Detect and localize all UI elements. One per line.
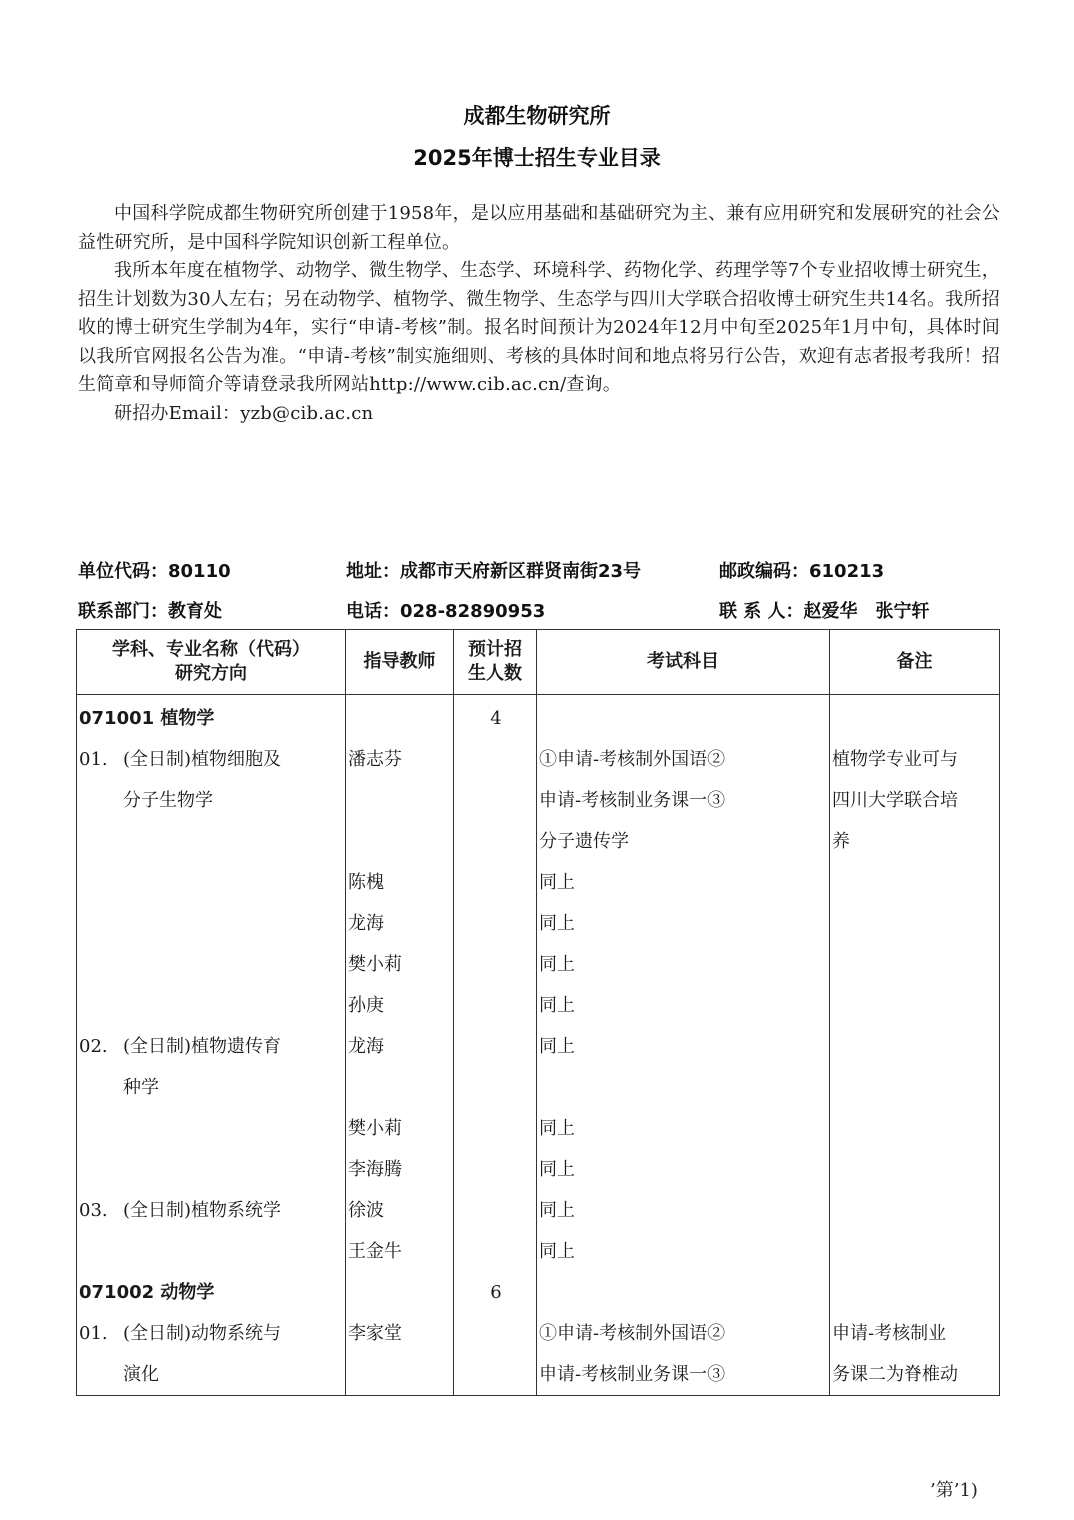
subject-cell: 071002 动物学	[77, 1272, 346, 1313]
count-cell	[454, 862, 537, 903]
table-row: 071002 动物学 6	[77, 1272, 1000, 1313]
direction-cell: 03.(全日制)植物系统学	[77, 1190, 346, 1231]
table-row: 03.(全日制)植物系统学 徐波 同上	[77, 1190, 1000, 1231]
table-row: 陈槐 同上	[77, 862, 1000, 903]
table-row: 分子遗传学 养	[77, 821, 1000, 862]
direction-cell	[77, 821, 346, 862]
unit-code: 单位代码：80110	[78, 557, 231, 583]
count-cell	[454, 1149, 537, 1190]
exam-cell: ①申请-考核制外国语②	[537, 739, 830, 780]
contact-person: 联 系 人：赵爱华 张宁轩	[719, 597, 930, 623]
table-row: 李海腾 同上	[77, 1149, 1000, 1190]
catalog-title: 2025年博士招生专业目录	[0, 142, 1074, 172]
intro-paragraph-enrollment: 我所本年度在植物学、动物学、微生物学、生态学、环境科学、药物化学、药理学等7个专…	[78, 257, 1000, 400]
count-cell	[454, 1313, 537, 1354]
direction-cell: 02.(全日制)植物遗传育	[77, 1026, 346, 1067]
direction-cell	[77, 944, 346, 985]
table-row: 樊小莉 同上	[77, 1108, 1000, 1149]
exam-cell: 同上	[537, 1231, 830, 1272]
exam-cell: 分子遗传学	[537, 821, 830, 862]
phone: 电话：028-82890953	[346, 597, 545, 623]
exam-cell: 同上	[537, 903, 830, 944]
advisor-cell: 李海腾	[346, 1149, 454, 1190]
remark-cell: 四川大学联合培	[830, 780, 1000, 821]
exam-cell: 同上	[537, 1190, 830, 1231]
remark-cell	[830, 1067, 1000, 1108]
direction-number: 03.	[79, 1190, 123, 1231]
direction-cell: 演化	[77, 1354, 346, 1396]
table-row: 分子生物学 申请-考核制业务课一③ 四川大学联合培	[77, 780, 1000, 821]
direction-number: 02.	[79, 1026, 123, 1067]
advisor-cell: 王金牛	[346, 1231, 454, 1272]
table-row: 樊小莉 同上	[77, 944, 1000, 985]
contact-department: 联系部门：教育处	[78, 597, 222, 623]
table-row: 种学	[77, 1067, 1000, 1108]
header-subject: 学科、专业名称（代码） 研究方向	[77, 630, 346, 695]
remark-cell: 申请-考核制业	[830, 1313, 1000, 1354]
direction-cell	[77, 1108, 346, 1149]
intro-paragraph-history: 中国科学院成都生物研究所创建于1958年，是以应用基础和基础研究为主、兼有应用研…	[78, 200, 1000, 257]
direction-name: (全日制)动物系统与	[123, 1323, 281, 1344]
count-cell	[454, 1067, 537, 1108]
remark-cell: 务课二为脊椎动	[830, 1354, 1000, 1396]
remark-cell	[830, 1190, 1000, 1231]
exam-cell: 同上	[537, 862, 830, 903]
table-header-row: 学科、专业名称（代码） 研究方向 指导教师 预计招 生人数 考试科目 备注	[77, 630, 1000, 695]
header-exam: 考试科目	[537, 630, 830, 695]
exam-cell: 同上	[537, 1108, 830, 1149]
address: 地址：成都市天府新区群贤南街23号	[346, 557, 641, 583]
exam-cell: ①申请-考核制外国语②	[537, 1313, 830, 1354]
direction-cell: 分子生物学	[77, 780, 346, 821]
table-row: 孙庚 同上	[77, 985, 1000, 1026]
table-row: 01.(全日制)植物细胞及 潘志芬 ①申请-考核制外国语② 植物学专业可与	[77, 739, 1000, 780]
advisor-cell: 徐波	[346, 1190, 454, 1231]
direction-cell: 种学	[77, 1067, 346, 1108]
count-cell	[454, 1108, 537, 1149]
remark-cell	[830, 1272, 1000, 1313]
direction-cell	[77, 903, 346, 944]
remark-cell: 养	[830, 821, 1000, 862]
advisor-cell	[346, 1067, 454, 1108]
exam-cell	[537, 1067, 830, 1108]
advisor-cell	[346, 821, 454, 862]
direction-name: (全日制)植物细胞及	[123, 749, 281, 770]
direction-cell	[77, 1149, 346, 1190]
advisor-cell: 樊小莉	[346, 944, 454, 985]
remark-cell	[830, 1108, 1000, 1149]
subject-cell: 071001 植物学	[77, 695, 346, 740]
count-cell	[454, 821, 537, 862]
exam-cell: 同上	[537, 1026, 830, 1067]
exam-cell: 申请-考核制业务课一③	[537, 780, 830, 821]
remark-cell: 植物学专业可与	[830, 739, 1000, 780]
count-cell	[454, 1354, 537, 1396]
advisor-cell	[346, 695, 454, 740]
remark-cell	[830, 1231, 1000, 1272]
count-cell: 4	[454, 695, 537, 740]
table-row: 王金牛 同上	[77, 1231, 1000, 1272]
count-cell	[454, 985, 537, 1026]
count-cell	[454, 739, 537, 780]
page-number: ’第’1)	[930, 1476, 978, 1502]
header-advisor: 指导教师	[346, 630, 454, 695]
remark-cell	[830, 695, 1000, 740]
exam-cell	[537, 1272, 830, 1313]
intro-section: 中国科学院成都生物研究所创建于1958年，是以应用基础和基础研究为主、兼有应用研…	[78, 200, 1000, 428]
advisor-cell: 龙海	[346, 903, 454, 944]
direction-cell	[77, 1231, 346, 1272]
direction-name: (全日制)植物系统学	[123, 1200, 281, 1221]
direction-cell: 01.(全日制)植物细胞及	[77, 739, 346, 780]
exam-cell: 申请-考核制业务课一③	[537, 1354, 830, 1396]
remark-cell	[830, 903, 1000, 944]
table-row: 02.(全日制)植物遗传育 龙海 同上	[77, 1026, 1000, 1067]
direction-number: 01.	[79, 739, 123, 780]
advisor-cell	[346, 780, 454, 821]
count-cell	[454, 903, 537, 944]
direction-cell	[77, 985, 346, 1026]
count-cell: 6	[454, 1272, 537, 1313]
program-catalog-table: 学科、专业名称（代码） 研究方向 指导教师 预计招 生人数 考试科目 备注 07…	[76, 629, 1000, 1396]
remark-cell	[830, 862, 1000, 903]
count-cell	[454, 1190, 537, 1231]
exam-cell: 同上	[537, 985, 830, 1026]
count-cell	[454, 1231, 537, 1272]
exam-cell: 同上	[537, 944, 830, 985]
table-row: 071001 植物学 4	[77, 695, 1000, 740]
institute-title: 成都生物研究所	[0, 100, 1074, 130]
direction-cell	[77, 862, 346, 903]
advisor-cell: 潘志芬	[346, 739, 454, 780]
advisor-cell	[346, 1272, 454, 1313]
direction-number: 01.	[79, 1313, 123, 1354]
count-cell	[454, 780, 537, 821]
table-row: 龙海 同上	[77, 903, 1000, 944]
intro-paragraph-email: 研招办Email：yzb@cib.ac.cn	[78, 400, 1000, 429]
advisor-cell: 孙庚	[346, 985, 454, 1026]
header-remarks: 备注	[830, 630, 1000, 695]
postcode: 邮政编码：610213	[719, 557, 884, 583]
remark-cell	[830, 1149, 1000, 1190]
advisor-cell: 李家堂	[346, 1313, 454, 1354]
count-cell	[454, 944, 537, 985]
count-cell	[454, 1026, 537, 1067]
remark-cell	[830, 1026, 1000, 1067]
direction-name: (全日制)植物遗传育	[123, 1036, 281, 1057]
exam-cell: 同上	[537, 1149, 830, 1190]
advisor-cell	[346, 1354, 454, 1396]
table-row: 01.(全日制)动物系统与 李家堂 ①申请-考核制外国语② 申请-考核制业	[77, 1313, 1000, 1354]
exam-cell	[537, 695, 830, 740]
header-count: 预计招 生人数	[454, 630, 537, 695]
advisor-cell: 陈槐	[346, 862, 454, 903]
advisor-cell: 樊小莉	[346, 1108, 454, 1149]
table-row: 演化 申请-考核制业务课一③ 务课二为脊椎动	[77, 1354, 1000, 1396]
advisor-cell: 龙海	[346, 1026, 454, 1067]
direction-cell: 01.(全日制)动物系统与	[77, 1313, 346, 1354]
remark-cell	[830, 985, 1000, 1026]
remark-cell	[830, 944, 1000, 985]
